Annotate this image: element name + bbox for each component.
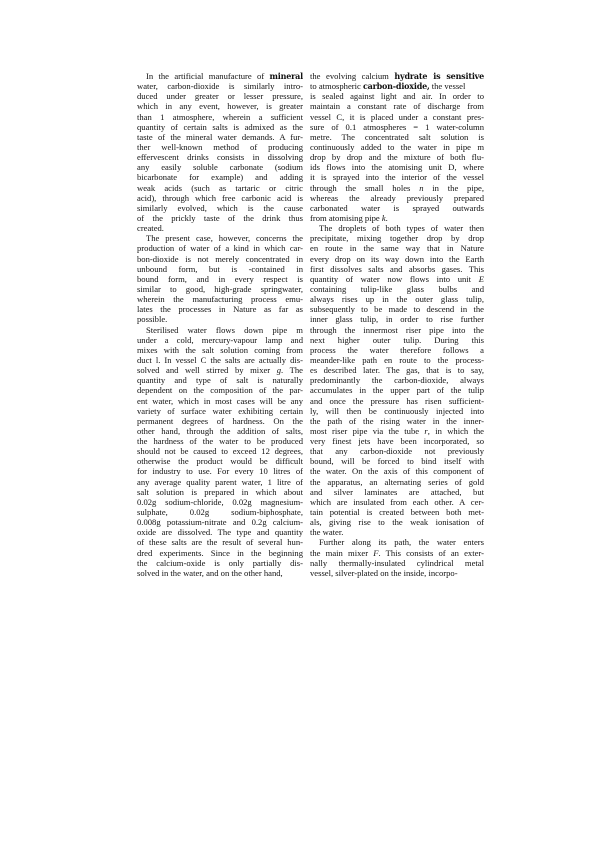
text-line: next higher outer tulip. During this	[310, 335, 484, 345]
text-line: similar to good, high-grade springwater,	[137, 284, 303, 294]
text-run: duced under greater or lesser pressure,	[137, 91, 303, 101]
text-line: bound form, and in every respect is	[137, 274, 303, 284]
text-run: oxide are dissolved. The type and quanti…	[137, 527, 303, 537]
bold-text-run: carbon-dioxide,	[363, 81, 430, 91]
text-run: whereas the already previously prepared	[310, 193, 484, 203]
text-run: carbonated water is sprayed outwards	[310, 203, 484, 213]
text-run: predominantly the carbon-dioxide, always	[310, 375, 484, 385]
text-run: ly, will then be continuously injected i…	[310, 406, 484, 416]
text-run: the water. On the axis of this component…	[310, 466, 484, 476]
text-run: very finest jets have been incorporated,…	[310, 436, 484, 446]
text-column-left: In the artificial manufacture of mineral…	[137, 71, 303, 578]
text-line: inner glass tulip, in order to rise furt…	[310, 314, 484, 324]
text-run: maintain a constant rate of discharge fr…	[310, 101, 484, 111]
text-line: als, giving rise to the weak ionisation …	[310, 517, 484, 527]
text-line: the water. On the axis of this component…	[310, 466, 484, 476]
text-line: containing tulip-like glass bulbs and	[310, 284, 484, 294]
text-line: Sterilised water flows down pipe m	[137, 325, 303, 335]
text-line: acid), through which free carbonic acid …	[137, 193, 303, 203]
text-run: always rises up in the outer glass tulip…	[310, 294, 484, 304]
text-run: accumulates in the upper part of the tul…	[310, 385, 484, 395]
text-line: is sealed against light and air. In orde…	[310, 91, 484, 101]
text-run: ent water, which in most cases will be a…	[137, 396, 303, 406]
text-run: solved in the water, and on the other ha…	[137, 568, 283, 578]
text-run: quantity and type of salt is naturally	[137, 375, 303, 385]
text-run: dred experiments. Since in the beginning	[137, 548, 303, 558]
text-run: which are insulated from each other. A c…	[310, 497, 484, 507]
text-run: 0.008g potassium-nitrate and 0.2g calciu…	[137, 517, 303, 527]
text-run: als, giving rise to the weak ionisation …	[310, 517, 484, 527]
text-run: any easily soluble carbonate (sodium	[137, 162, 303, 172]
text-run: to atmospheric	[310, 81, 363, 91]
text-run: vessel C, it is placed under a constant …	[310, 112, 484, 122]
text-line: of the prickly taste of the drink thus	[137, 213, 303, 223]
text-line: The present case, however, concerns the	[137, 233, 303, 243]
text-run: es described later. The gas, that is to …	[310, 365, 484, 375]
text-run: containing tulip-like glass bulbs and	[310, 284, 484, 294]
text-run: every drop on its way down into the Eart…	[310, 254, 484, 264]
text-run: In the artificial manufacture of	[146, 71, 270, 81]
text-line: quantity of water now flows into unit E	[310, 274, 484, 284]
text-line: oxide are dissolved. The type and quanti…	[137, 527, 303, 537]
text-run: bicarbonate for example) and adding	[137, 172, 303, 182]
text-run: mixes with the salt solution coming from	[137, 345, 303, 355]
text-line: predominantly the carbon-dioxide, always	[310, 375, 484, 385]
text-line: vessel, silver-plated on the inside, inc…	[310, 568, 484, 578]
text-line: quantity of certain salts is admixed as …	[137, 122, 303, 132]
text-run: drop by drop and the mixture of both flu…	[310, 152, 484, 162]
text-line: from atomising pipe k.	[310, 213, 484, 223]
text-run: possible.	[137, 314, 167, 324]
text-run: the path of the rising water in the inne…	[310, 416, 484, 426]
text-run: sulphate, 0.02g sodium-biphosphate,	[137, 507, 303, 517]
text-run: than 1 atmosphere, wherein a sufficient	[137, 112, 303, 122]
text-line: The droplets of both types of water then	[310, 223, 484, 233]
text-line: es described later. The gas, that is to …	[310, 365, 484, 375]
text-line: dependent on the composition of the par-	[137, 385, 303, 395]
text-line: effervescent drinks consists in dissolvi…	[137, 152, 303, 162]
text-run: of the prickly taste of the drink thus	[137, 213, 303, 223]
text-line: which in any event, however, is greater	[137, 101, 303, 111]
text-line: the water.	[310, 527, 484, 537]
text-run: taste of the mineral water demands. A fu…	[137, 132, 303, 142]
text-run: en route in the same way that in Nature	[310, 243, 484, 253]
text-line: sure of 0.1 atmospheres = 1 water-column	[310, 122, 484, 132]
text-line: continuously added to the water in pipe …	[310, 142, 484, 152]
text-line: any easily soluble carbonate (sodium	[137, 162, 303, 172]
text-run: quantity of water now flows into unit	[310, 274, 479, 284]
text-run: Sterilised water flows down pipe m	[146, 325, 303, 335]
text-line: duced under greater or lesser pressure,	[137, 91, 303, 101]
text-line: ids flows into the atomising unit D, whe…	[310, 162, 484, 172]
text-line: any average quality parent water, 1 litr…	[137, 477, 303, 487]
text-run: and silver laminates are attached, but	[310, 487, 484, 497]
text-line: variety of surface water exhibiting cert…	[137, 406, 303, 416]
text-run: meander-like path en route to the proces…	[310, 355, 484, 365]
text-line: should not be caused to exceed 12 degree…	[137, 446, 303, 456]
text-run: variety of surface water exhibiting cert…	[137, 406, 303, 416]
text-line: first dissolves salts and absorbs gases.…	[310, 264, 484, 274]
text-run: created.	[137, 223, 164, 233]
text-run: .	[386, 213, 388, 223]
text-run: metre. The concentrated salt solution is	[310, 132, 484, 142]
text-run: bon-dioxide is not merely concentrated i…	[137, 254, 303, 264]
text-run: unbound form, but is -contained in	[137, 264, 303, 274]
text-line: water, carbon-dioxide is similarly intro…	[137, 81, 303, 91]
text-line: vessel C, it is placed under a constant …	[310, 112, 484, 122]
text-run: in the pipe,	[423, 183, 484, 193]
text-line: and silver laminates are attached, but	[310, 487, 484, 497]
text-run: the evolving calcium	[310, 71, 394, 81]
text-run: similarly evolved, which is the cause	[137, 203, 303, 213]
text-run: first dissolves salts and absorbs gases.…	[310, 264, 484, 274]
text-run: ther well-known method of producing	[137, 142, 303, 152]
text-line: unbound form, but is -contained in	[137, 264, 303, 274]
text-run: permanent degrees of hardness. On the	[137, 416, 303, 426]
text-run: and once the pressure has risen sufficie…	[310, 396, 484, 406]
text-line: taste of the mineral water demands. A fu…	[137, 132, 303, 142]
text-run: any average quality parent water, 1 litr…	[137, 477, 303, 487]
text-line: the evolving calcium hydrate is sensitiv…	[310, 71, 484, 81]
text-line: production of water of a kind in which c…	[137, 243, 303, 253]
italic-text-run: E	[479, 274, 484, 284]
text-run: the apparatus, an alternating series of …	[310, 477, 484, 487]
text-line: wherein the manufacturing process emu-	[137, 294, 303, 304]
text-line: precipitate, mixing together drop by dro…	[310, 233, 484, 243]
text-line: 0.008g potassium-nitrate and 0.2g calciu…	[137, 517, 303, 527]
text-line: subsequently to be made to descend in th…	[310, 304, 484, 314]
text-run: . The	[281, 365, 303, 375]
text-run: otherwise the product would be difficult	[137, 456, 303, 466]
text-line: tain potential is created between both m…	[310, 507, 484, 517]
text-line: and once the pressure has risen sufficie…	[310, 396, 484, 406]
text-run: 0.02g sodium-chloride, 0.02g magnesium-	[137, 497, 303, 507]
text-line: similarly evolved, which is the cause	[137, 203, 303, 213]
text-column-right: the evolving calcium hydrate is sensitiv…	[310, 71, 484, 578]
text-run: should not be caused to exceed 12 degree…	[137, 446, 303, 456]
text-line: for industry to use. For every 10 litres…	[137, 466, 303, 476]
text-line: carbonated water is sprayed outwards	[310, 203, 484, 213]
text-line: sulphate, 0.02g sodium-biphosphate,	[137, 507, 303, 517]
text-run: The droplets of both types of water then	[319, 223, 484, 233]
text-run: process the water therefore follows a	[310, 345, 484, 355]
text-line: In the artificial manufacture of mineral	[137, 71, 303, 81]
text-line: drop by drop and the mixture of both flu…	[310, 152, 484, 162]
text-run: the vessel	[430, 81, 466, 91]
text-line: that any carbon-dioxide not previously	[310, 446, 484, 456]
text-line: the apparatus, an alternating series of …	[310, 477, 484, 487]
text-line: duct l. In vessel C the salts are actual…	[137, 355, 303, 365]
text-line: bon-dioxide is not merely concentrated i…	[137, 254, 303, 264]
text-run: through the innermost riser pipe into th…	[310, 325, 484, 335]
text-run: , in which the	[428, 426, 484, 436]
text-run: through the small holes	[310, 183, 419, 193]
text-line: process the water therefore follows a	[310, 345, 484, 355]
text-run: tain potential is created between both m…	[310, 507, 484, 517]
text-line: quantity and type of salt is naturally	[137, 375, 303, 385]
text-run: which in any event, however, is greater	[137, 101, 303, 111]
text-run: quantity of certain salts is admixed as …	[137, 122, 303, 132]
text-line: always rises up in the outer glass tulip…	[310, 294, 484, 304]
text-line: under a cold, mercury-vapour lamp and	[137, 335, 303, 345]
text-line: possible.	[137, 314, 303, 324]
text-line: created.	[137, 223, 303, 233]
text-run: other hand, through the addition of salt…	[137, 426, 303, 436]
text-run: effervescent drinks consists in dissolvi…	[137, 152, 303, 162]
text-line: weak acids (such as tartaric or citric	[137, 183, 303, 193]
text-line: very finest jets have been incorporated,…	[310, 436, 484, 446]
text-run: Further along its path, the water enters	[319, 537, 484, 547]
text-run: salt solution is prepared in which about	[137, 487, 303, 497]
text-run: the calcium-oxide is only partially dis-	[137, 558, 303, 568]
text-line: it is sprayed into the interior of the v…	[310, 172, 484, 182]
text-line: bound, will be forced to bind itself wit…	[310, 456, 484, 466]
text-line: than 1 atmosphere, wherein a sufficient	[137, 112, 303, 122]
text-line: ent water, which in most cases will be a…	[137, 396, 303, 406]
text-run: for industry to use. For every 10 litres…	[137, 466, 303, 476]
text-run: weak acids (such as tartaric or citric	[137, 183, 303, 193]
text-line: bicarbonate for example) and adding	[137, 172, 303, 182]
text-run: of these salts are the result of several…	[137, 537, 303, 547]
text-line: accumulates in the upper part of the tul…	[310, 385, 484, 395]
text-run: precipitate, mixing together drop by dro…	[310, 233, 484, 243]
text-run: is sealed against light and air. In orde…	[310, 91, 484, 101]
text-line: ly, will then be continuously injected i…	[310, 406, 484, 416]
text-run: the main mixer	[310, 548, 373, 558]
text-run: dependent on the composition of the par-	[137, 385, 303, 395]
text-line: the calcium-oxide is only partially dis-	[137, 558, 303, 568]
text-line: 0.02g sodium-chloride, 0.02g magnesium-	[137, 497, 303, 507]
text-run: sure of 0.1 atmospheres = 1 water-column	[310, 122, 484, 132]
text-run: wherein the manufacturing process emu-	[137, 294, 303, 304]
bold-text-run: mineral	[270, 71, 303, 81]
text-run: subsequently to be made to descend in th…	[310, 304, 484, 314]
text-line: salt solution is prepared in which about	[137, 487, 303, 497]
text-line: through the small holes n in the pipe,	[310, 183, 484, 193]
text-run: the hardness of the water to be produced	[137, 436, 303, 446]
text-run: it is sprayed into the interior of the v…	[310, 172, 484, 182]
text-line: mixes with the salt solution coming from	[137, 345, 303, 355]
text-run: most riser pipe via the tube	[310, 426, 424, 436]
text-line: whereas the already previously prepared	[310, 193, 484, 203]
text-run: from atomising pipe	[310, 213, 382, 223]
text-run: next higher outer tulip. During this	[310, 335, 484, 345]
text-line: lates the processes in Nature as far as	[137, 304, 303, 314]
text-run: The present case, however, concerns the	[146, 233, 303, 243]
text-line: every drop on its way down into the Eart…	[310, 254, 484, 264]
text-line: solved in the water, and on the other ha…	[137, 568, 303, 578]
text-run: duct l. In vessel C the salts are actual…	[137, 355, 303, 365]
text-line: meander-like path en route to the proces…	[310, 355, 484, 365]
text-line: the hardness of the water to be produced	[137, 436, 303, 446]
text-line: otherwise the product would be difficult	[137, 456, 303, 466]
text-run: vessel, silver-plated on the inside, inc…	[310, 568, 458, 578]
text-line: metre. The concentrated salt solution is	[310, 132, 484, 142]
text-run: production of water of a kind in which c…	[137, 243, 303, 253]
text-run: under a cold, mercury-vapour lamp and	[137, 335, 303, 345]
text-line: maintain a constant rate of discharge fr…	[310, 101, 484, 111]
text-run: bound form, and in every respect is	[137, 274, 303, 284]
text-line: permanent degrees of hardness. On the	[137, 416, 303, 426]
text-run: . This consists of an exter-	[379, 548, 484, 558]
text-line: nally thermally-insulated cylindrical me…	[310, 558, 484, 568]
text-line: the main mixer F. This consists of an ex…	[310, 548, 484, 558]
text-run: bound, will be forced to bind itself wit…	[310, 456, 484, 466]
text-line: of these salts are the result of several…	[137, 537, 303, 547]
text-run: the water.	[310, 527, 343, 537]
text-line: other hand, through the addition of salt…	[137, 426, 303, 436]
text-run: nally thermally-insulated cylindrical me…	[310, 558, 484, 568]
text-run: acid), through which free carbonic acid …	[137, 193, 303, 203]
text-line: through the innermost riser pipe into th…	[310, 325, 484, 335]
text-run: that any carbon-dioxide not previously	[310, 446, 484, 456]
text-line: Further along its path, the water enters	[310, 537, 484, 547]
text-run: lates the processes in Nature as far as	[137, 304, 303, 314]
text-run: inner glass tulip, in order to rise furt…	[310, 314, 484, 324]
text-line: which are insulated from each other. A c…	[310, 497, 484, 507]
text-run: continuously added to the water in pipe …	[310, 142, 484, 152]
bold-text-run: hydrate is sensitive	[394, 71, 484, 81]
text-run: similar to good, high-grade springwater,	[137, 284, 303, 294]
text-line: most riser pipe via the tube r, in which…	[310, 426, 484, 436]
text-line: ther well-known method of producing	[137, 142, 303, 152]
text-line: en route in the same way that in Nature	[310, 243, 484, 253]
text-line: dred experiments. Since in the beginning	[137, 548, 303, 558]
text-line: to atmospheric carbon-dioxide, the vesse…	[310, 81, 484, 91]
text-line: solved and well stirred by mixer g. The	[137, 365, 303, 375]
text-run: ids flows into the atomising unit D, whe…	[310, 162, 484, 172]
text-run: solved and well stirred by mixer	[137, 365, 277, 375]
text-run: water, carbon-dioxide is similarly intro…	[137, 81, 303, 91]
text-line: the path of the rising water in the inne…	[310, 416, 484, 426]
